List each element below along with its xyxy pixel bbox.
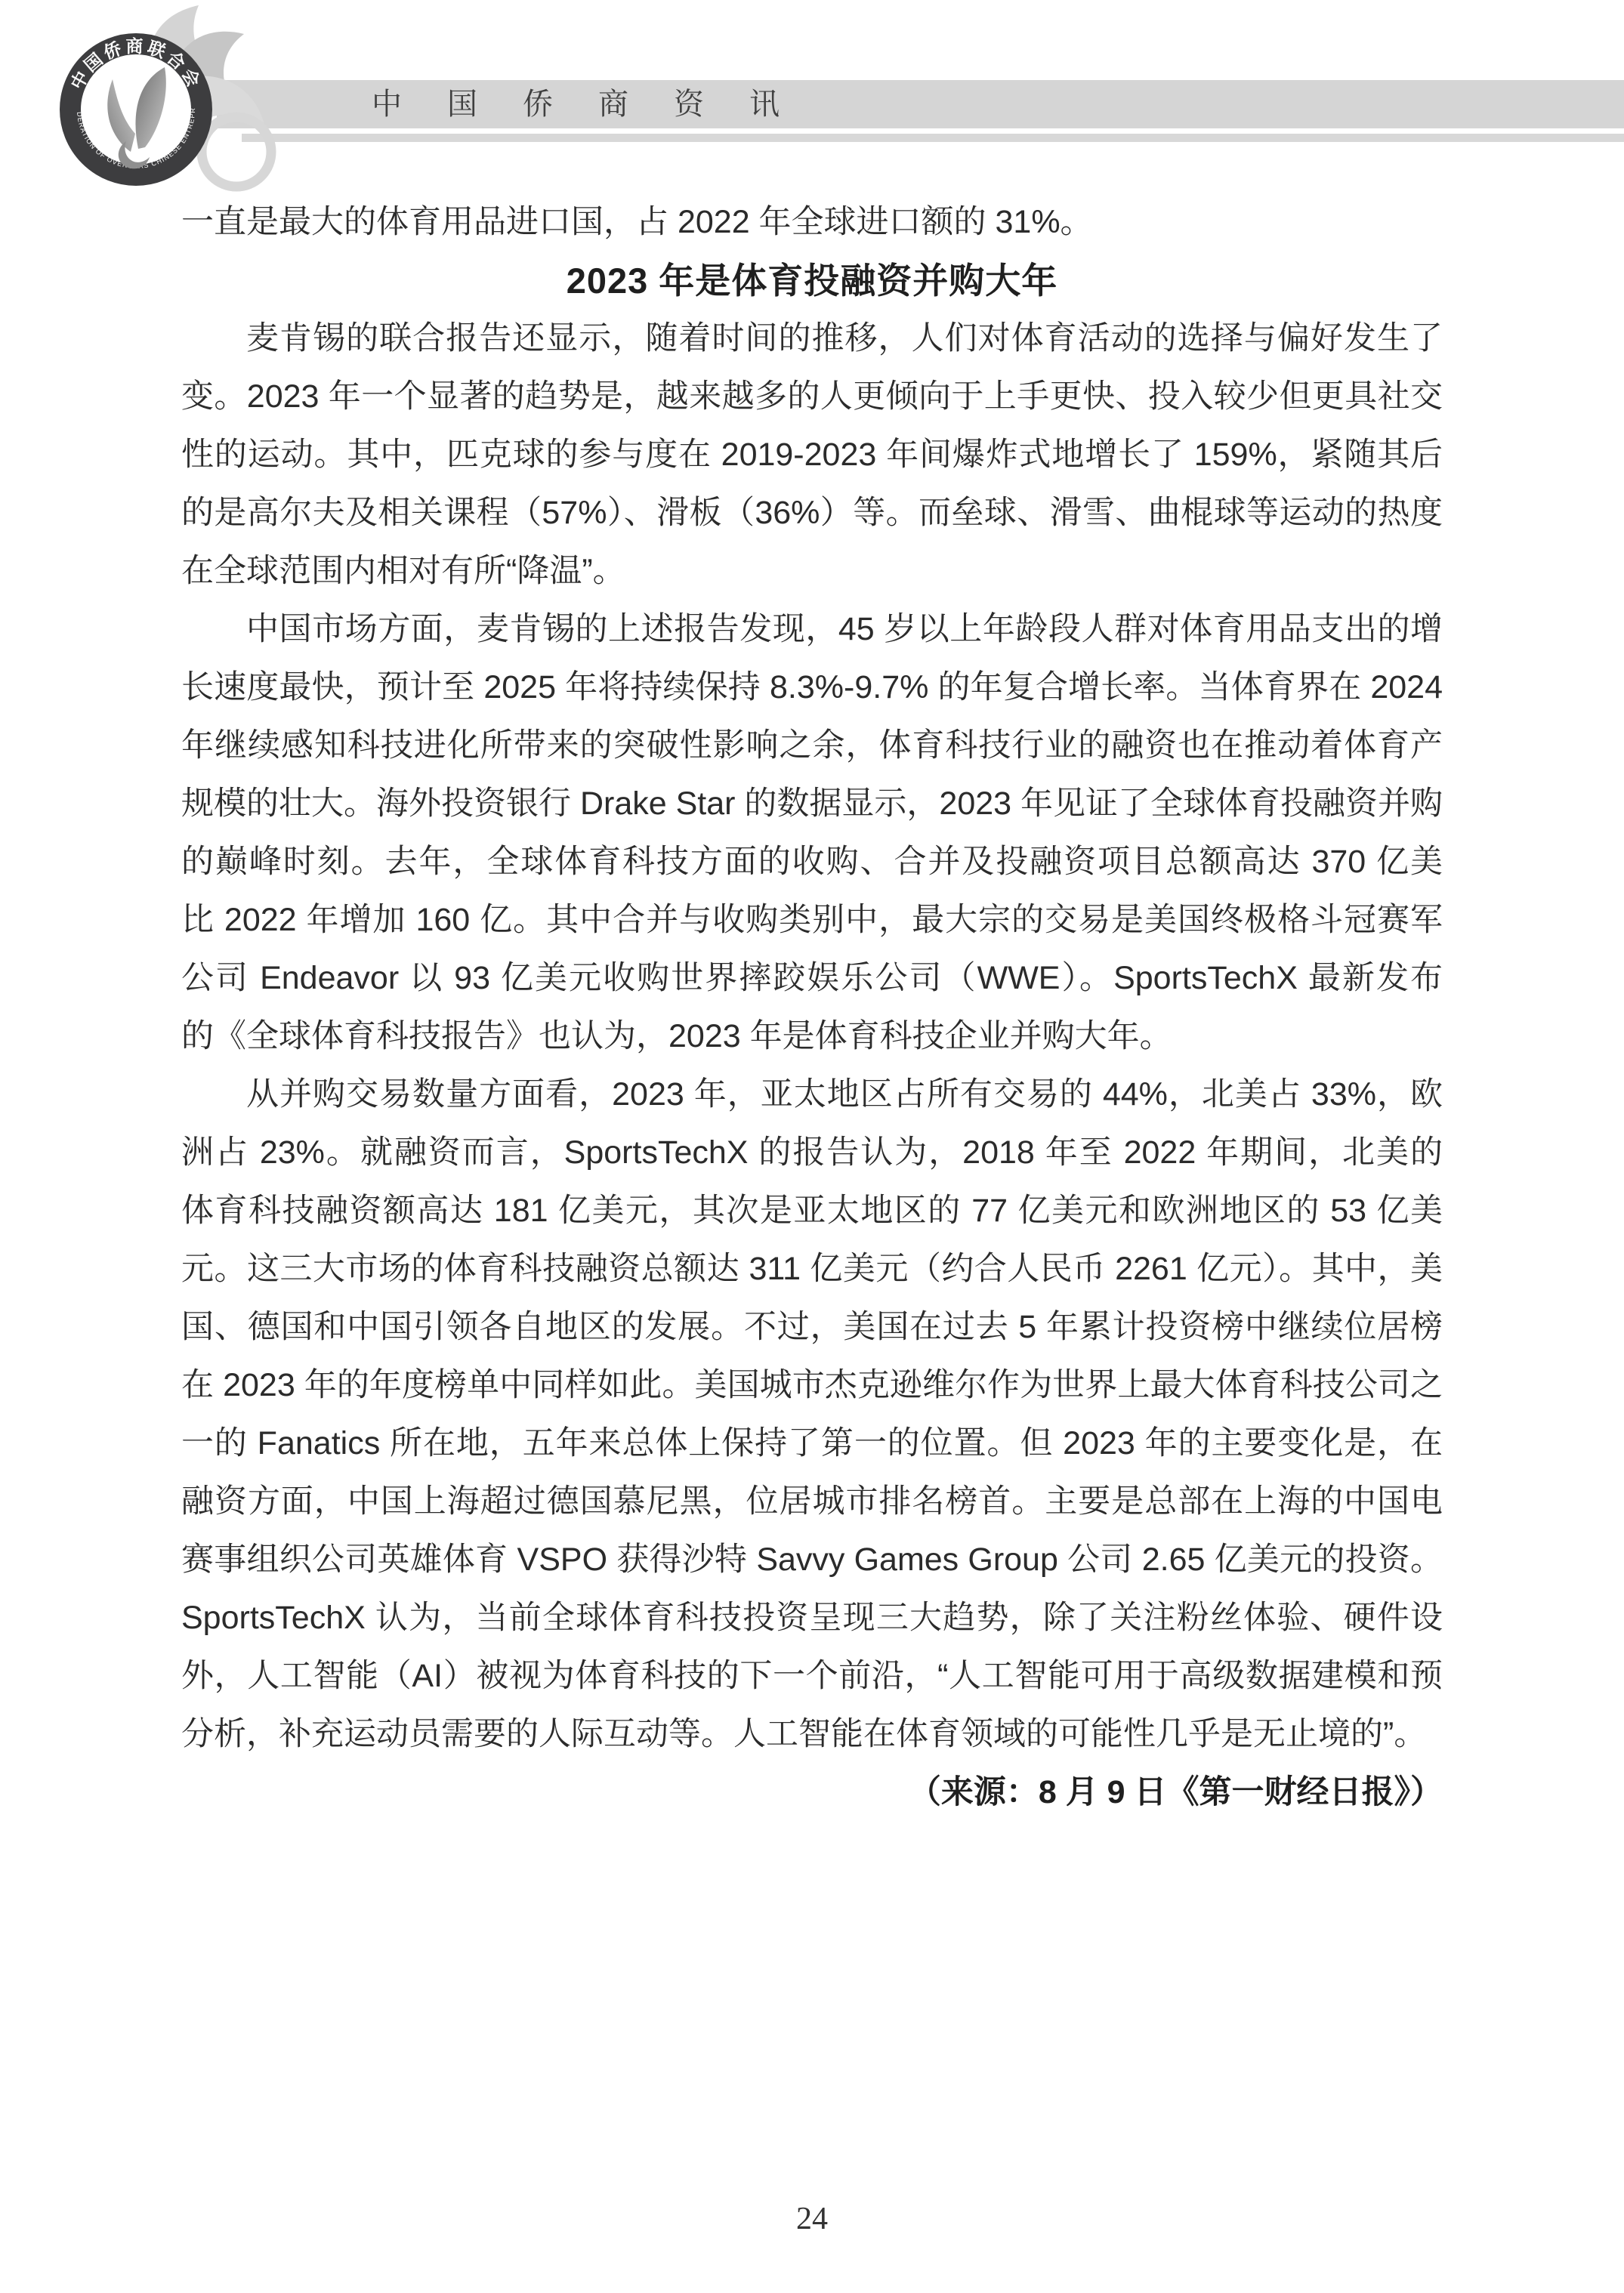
body-line: 性的运动。其中，匹克球的参与度在 2019-2023 年间爆炸式地增长了 159… — [181, 426, 1443, 484]
body-line: 分析，补充运动员需要的人际互动等。人工智能在体育领域的可能性几乎是无止境的”。 — [181, 1705, 1443, 1764]
body-line: 在 2023 年的年度榜单中同样如此。美国城市杰克逊维尔作为世界上最大体育科技公… — [181, 1356, 1443, 1415]
body-line: 体育科技融资额高达 181 亿美元，其次是亚太地区的 77 亿美元和欧洲地区的 … — [181, 1182, 1443, 1240]
page-number: 24 — [0, 2196, 1624, 2242]
body-line: 的《全球体育科技报告》也认为，2023 年是体育科技企业并购大年。 — [181, 1008, 1443, 1066]
body-line: 国、德国和中国引领各自地区的发展。不过，美国在过去 5 年累计投资榜中继续位居榜… — [181, 1298, 1443, 1356]
body-line: 变。2023 年一个显著的趋势是，越来越多的人更倾向于上手更快、投入较少但更具社… — [181, 368, 1443, 426]
body-line: 长速度最快，预计至 2025 年将持续保持 8.3%-9.7% 的年复合增长率。… — [181, 659, 1443, 717]
article-lines: 一直是最大的体育用品进口国，占 2022 年全球进口额的 31%。2023 年是… — [181, 193, 1443, 1822]
body-line: 融资方面，中国上海超过德国慕尼黑，位居城市排名榜首。主要是总部在上海的中国电竞 — [181, 1473, 1443, 1531]
lead-line: 一直是最大的体育用品进口国，占 2022 年全球进口额的 31%。 — [181, 193, 1443, 252]
section-title: 2023 年是体育投融资并购大年 — [181, 252, 1443, 310]
masthead-title: 中国侨商资讯 — [372, 80, 825, 128]
body-line: 麦肯锡的联合报告还显示，随着时间的推移，人们对体育活动的选择与偏好发生了转 — [181, 310, 1443, 368]
body-line: 年继续感知科技进化所带来的突破性影响之余，体育科技行业的融资也在推动着体育产业 — [181, 717, 1443, 775]
logo-open-ring — [202, 117, 271, 187]
body-line: 从并购交易数量方面看，2023 年，亚太地区占所有交易的 44%，北美占 33%… — [181, 1066, 1443, 1124]
body-line: 比 2022 年增加 160 亿。其中合并与收购类别中，最大宗的交易是美国终极格… — [181, 891, 1443, 949]
body-line: 元。这三大市场的体育科技融资总额达 311 亿美元（约合人民币 2261 亿元）… — [181, 1240, 1443, 1298]
body-line: 一的 Fanatics 所在地，五年来总体上保持了第一的位置。但 2023 年的… — [181, 1415, 1443, 1473]
body-line: 公司 Endeavor 以 93 亿美元收购世界摔跤娱乐公司（WWE）。Spor… — [181, 949, 1443, 1008]
body-line: 赛事组织公司英雄体育 VSPO 获得沙特 Savvy Games Group 公… — [181, 1531, 1443, 1589]
source-line: （来源：8 月 9 日《第一财经日报》） — [181, 1764, 1443, 1822]
body-line: 的是高尔夫及相关课程（57%）、滑板（36%）等。而垒球、滑雪、曲棍球等运动的热… — [181, 484, 1443, 542]
body-line: 洲占 23%。就融资而言，SportsTechX 的报告认为，2018 年至 2… — [181, 1124, 1443, 1182]
body-line: 的巅峰时刻。去年，全球体育科技方面的收购、合并及投融资项目总额高达 370 亿美… — [181, 833, 1443, 891]
body-line: 外，人工智能（AI）被视为体育科技的下一个前沿，“人工智能可用于高级数据建模和预… — [181, 1647, 1443, 1705]
body-line: SportsTechX 认为，当前全球体育科技投资呈现三大趋势，除了关注粉丝体验… — [181, 1589, 1443, 1647]
body-line: 中国市场方面，麦肯锡的上述报告发现，45 岁以上年龄段人群对体育用品支出的增 — [181, 600, 1443, 659]
body-line: 在全球范围内相对有所“降温”。 — [181, 542, 1443, 600]
document-page: 中国侨商资讯 中国侨商联合会 — [0, 0, 1624, 2293]
header-banner-underline — [242, 134, 1624, 142]
body-line: 规模的壮大。海外投资银行 Drake Star 的数据显示，2023 年见证了全… — [181, 775, 1443, 833]
